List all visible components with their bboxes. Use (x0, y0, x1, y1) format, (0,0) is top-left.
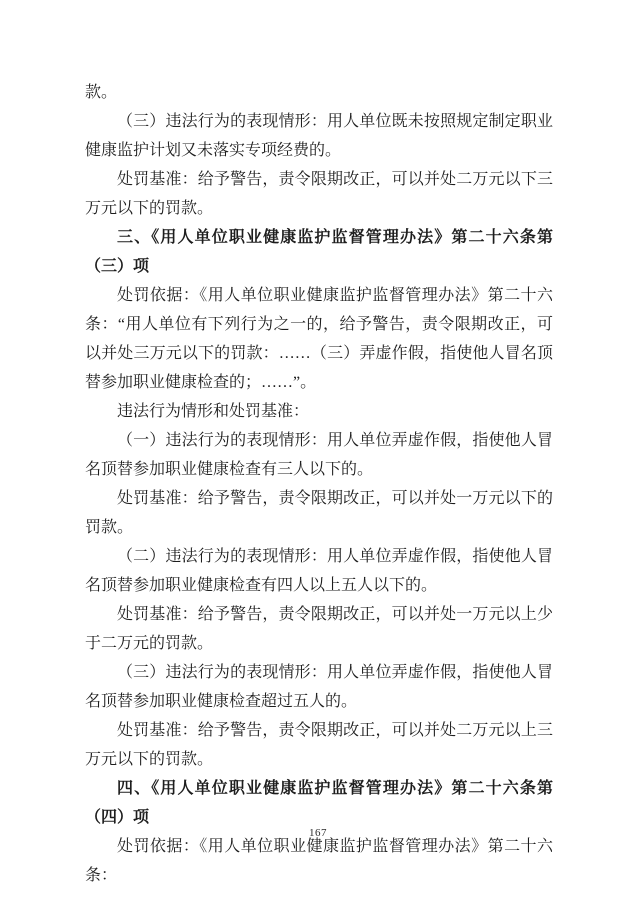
section-heading: 四、《用人单位职业健康监护监督管理办法》第二十六条第（四）项 (85, 774, 553, 832)
paragraph: （三）违法行为的表现情形：用人单位弄虚作假，指使他人冒名顶替参加职业健康检查超过… (85, 658, 553, 716)
paragraph: 处罚依据：《用人单位职业健康监护监督管理办法》第二十六条： (85, 832, 553, 890)
paragraph: 处罚基准：给予警告，责令限期改正，可以并处二万元以下三万元以下的罚款。 (85, 165, 553, 223)
paragraph: （二）违法行为的表现情形：用人单位弄虚作假，指使他人冒名顶替参加职业健康检查有四… (85, 542, 553, 600)
paragraph: （一）违法行为的表现情形：用人单位弄虚作假，指使他人冒名顶替参加职业健康检查有三… (85, 426, 553, 484)
paragraph: （三）违法行为的表现情形：用人单位既未按照规定制定职业健康监护计划又未落实专项经… (85, 107, 553, 165)
paragraph: 违法行为情形和处罚基准： (85, 397, 553, 426)
page-number: 167 (0, 827, 636, 839)
paragraph: 款。 (85, 78, 553, 107)
paragraph: 处罚基准：给予警告，责令限期改正，可以并处一万元以下的罚款。 (85, 484, 553, 542)
document-page: 款。（三）违法行为的表现情形：用人单位既未按照规定制定职业健康监护计划又未落实专… (0, 0, 636, 900)
paragraph: 处罚依据：《用人单位职业健康监护监督管理办法》第二十六条：“用人单位有下列行为之… (85, 281, 553, 397)
section-heading: 三、《用人单位职业健康监护监督管理办法》第二十六条第（三）项 (85, 223, 553, 281)
paragraph: 处罚基准：给予警告，责令限期改正，可以并处二万元以上三万元以下的罚款。 (85, 716, 553, 774)
paragraph: 处罚基准：给予警告，责令限期改正，可以并处一万元以上少于二万元的罚款。 (85, 600, 553, 658)
document-body: 款。（三）违法行为的表现情形：用人单位既未按照规定制定职业健康监护计划又未落实专… (85, 78, 553, 890)
